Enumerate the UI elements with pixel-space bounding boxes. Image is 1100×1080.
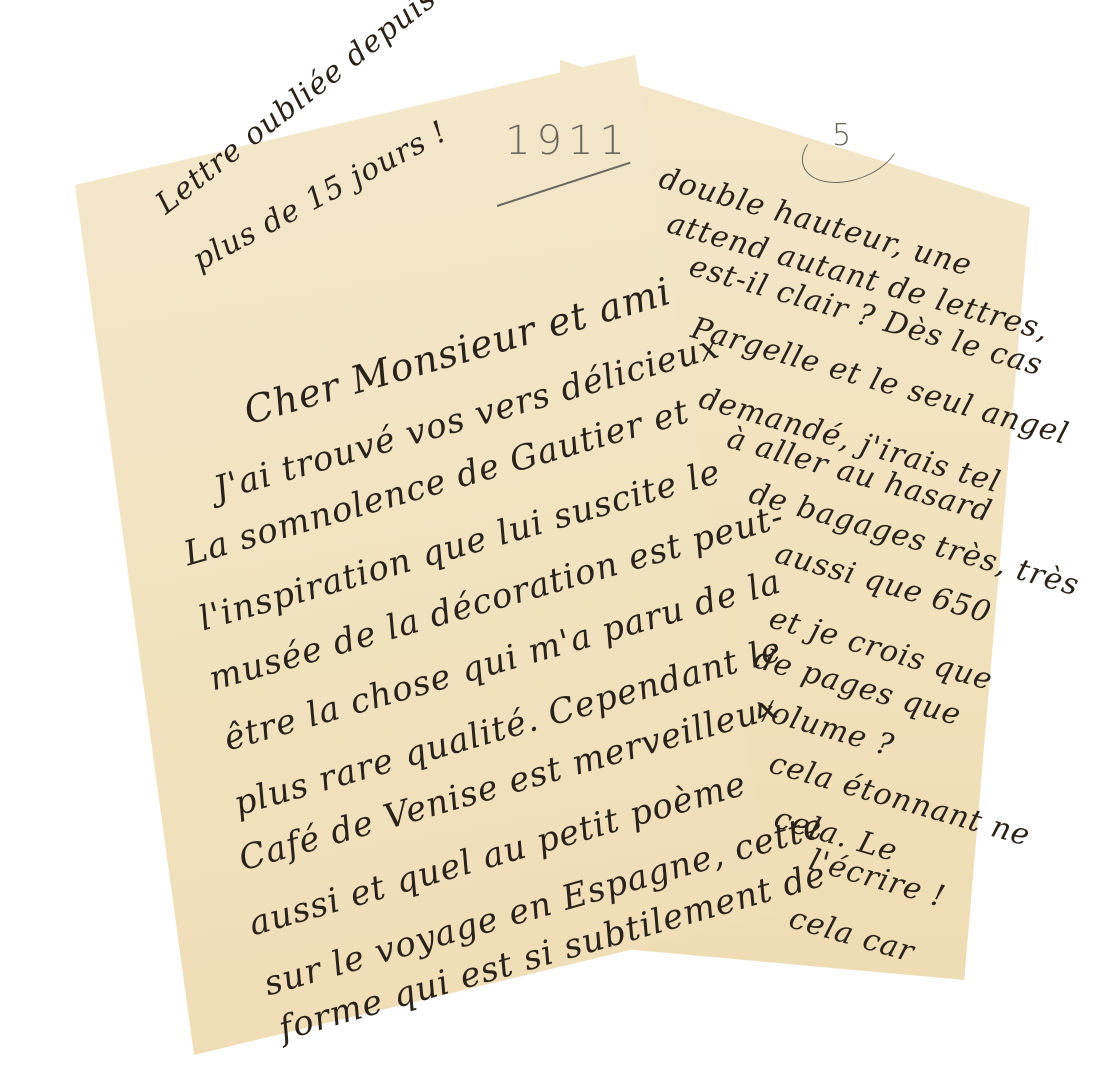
page-number: 5 xyxy=(832,118,852,153)
pencil-date: 1911 xyxy=(505,118,631,164)
photo-stage: 5 double hauteur, une attend autant de l… xyxy=(0,0,1100,1080)
